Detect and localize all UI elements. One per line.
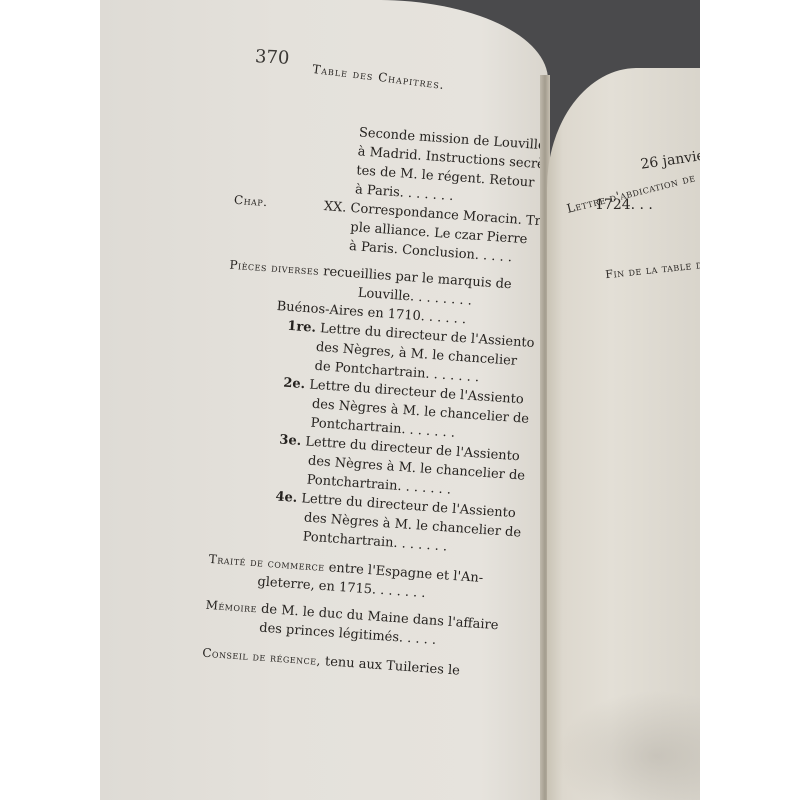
- toc-entry: Seconde mission de Louville à Madrid. In…: [354, 123, 559, 213]
- left-page: 370 Table des Chapitres. Seconde mission…: [100, 0, 548, 800]
- chapter-label: Chap.: [234, 193, 269, 209]
- right-page-text: Table 26 janvier 17 Lettre d'abdication …: [565, 100, 700, 800]
- page-number: 370: [254, 46, 289, 69]
- right-running-head: Table: [685, 100, 700, 125]
- end-of-table: Fin de la table d: [605, 254, 700, 282]
- book-photo: 370 Table des Chapitres. Seconde mission…: [100, 0, 700, 800]
- table-of-contents: Seconde mission de Louville à Madrid. In…: [202, 115, 560, 685]
- running-head: Table des Chapitres.: [312, 62, 446, 92]
